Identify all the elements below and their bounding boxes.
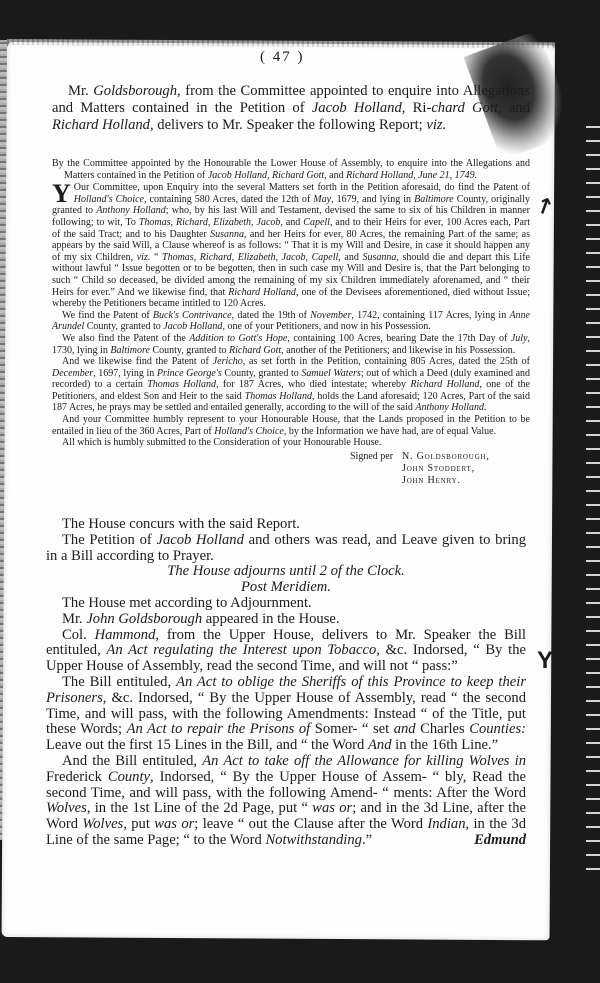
lead-paragraph: Mr. Goldsborough, from the Committee app… [52, 83, 530, 134]
page-right-edge [586, 120, 600, 880]
drop-cap: Y [52, 183, 71, 205]
committee-report: By the Committee appointed by the Honour… [52, 158, 530, 487]
signatory: John Henry. [402, 475, 490, 487]
report-paragraph: And your Committee humbly represent to y… [52, 414, 530, 437]
signature-block: Signed per N. Goldsborough, John Stodder… [52, 451, 530, 487]
proceeding-tobacco-bill: Col. Hammond, from the Upper House, deli… [46, 628, 526, 675]
signatories: N. Goldsborough, John Stoddert, John Hen… [402, 451, 490, 487]
proceeding-concurs: The House concurs with the said Report. [46, 517, 526, 533]
signatory: N. Goldsborough, [402, 451, 490, 463]
post-meridiem-heading: Post Meridiem. [46, 580, 526, 596]
report-paragraph: We find the Patent of Buck's Contrivance… [52, 310, 530, 333]
proceedings: The House concurs with the said Report. … [46, 517, 526, 849]
signatory: John Stoddert, [402, 463, 490, 475]
scanned-page-view: ( 47 ) Mr. Goldsborough, from the Commit… [0, 0, 600, 983]
report-body: Y Our Committee, upon Enquiry into the s… [52, 182, 530, 449]
signed-label: Signed per [350, 451, 393, 463]
report-paragraph: All which is humbly submitted to the Con… [52, 437, 530, 449]
report-paragraph: We also find the Patent of the Addition … [52, 333, 530, 356]
report-paragraph: And we likewise find the Patent of Jeric… [52, 356, 530, 414]
margin-y-mark: Y [537, 647, 553, 675]
proceeding-appeared: Mr. John Goldsborough appeared in the Ho… [46, 612, 526, 628]
report-heading: By the Committee appointed by the Honour… [52, 158, 530, 181]
proceeding-petition: The Petition of Jacob Holland and others… [46, 533, 526, 565]
adjournment-notice: The House adjourns until 2 of the Clock. [46, 564, 526, 580]
proceeding-met: The House met according to Adjournment. [46, 596, 526, 612]
report-paragraph: Our Committee, upon Enquiry into the sev… [52, 182, 530, 310]
page-number: ( 47 ) [260, 49, 305, 66]
proceeding-sheriffs-bill: The Bill entituled, An Act to oblige the… [46, 675, 526, 754]
